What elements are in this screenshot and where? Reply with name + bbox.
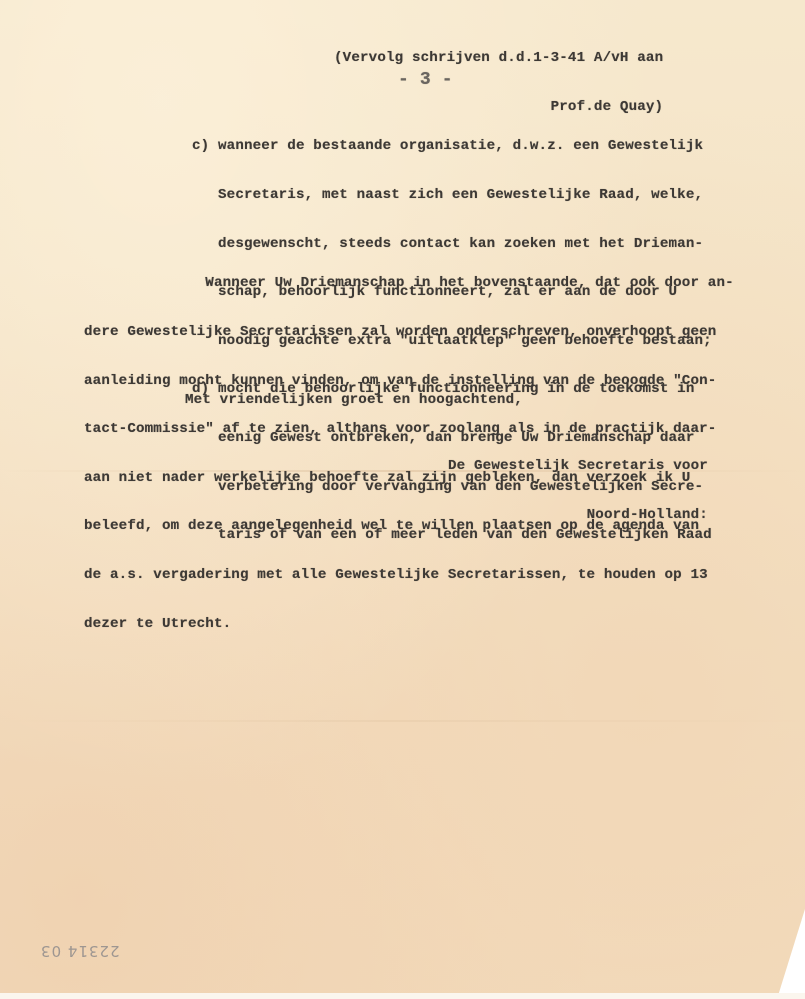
paper-fold-crease	[0, 720, 805, 722]
paragraph-line: Wanneer Uw Driemanschap in het bovenstaa…	[84, 275, 734, 291]
reference-header-line-1: (Vervolg schrijven d.d.1-3-41 A/vH aan	[334, 50, 663, 66]
paragraph-line: dere Gewestelijke Secretarissen zal word…	[84, 324, 734, 340]
item-c-line: Secretaris, met naast zich een Gewesteli…	[192, 187, 712, 203]
paragraph-line: de a.s. vergadering met alle Gewestelijk…	[84, 567, 734, 583]
signature-title: De Gewestelijk Secretaris voor	[448, 458, 708, 474]
page-bottom-edge	[0, 993, 805, 999]
signature-region: Noord-Holland:	[448, 507, 708, 523]
letter-page: (Vervolg schrijven d.d.1-3-41 A/vH aan P…	[0, 0, 805, 999]
item-c-line: c) wanneer de bestaande organisatie, d.w…	[192, 138, 712, 154]
closing-salutation: Met vriendelijken groet en hoogachtend,	[185, 392, 523, 408]
paragraph-line: dezer te Utrecht.	[84, 616, 734, 632]
paragraph-line: aanleiding mocht kunnen vinden, om van d…	[84, 373, 734, 389]
archive-pencil-annotation: 22314 03	[40, 942, 120, 960]
torn-corner	[777, 909, 805, 999]
page-number: - 3 -	[398, 72, 453, 88]
signature-block: De Gewestelijk Secretaris voor Noord-Hol…	[448, 426, 708, 556]
